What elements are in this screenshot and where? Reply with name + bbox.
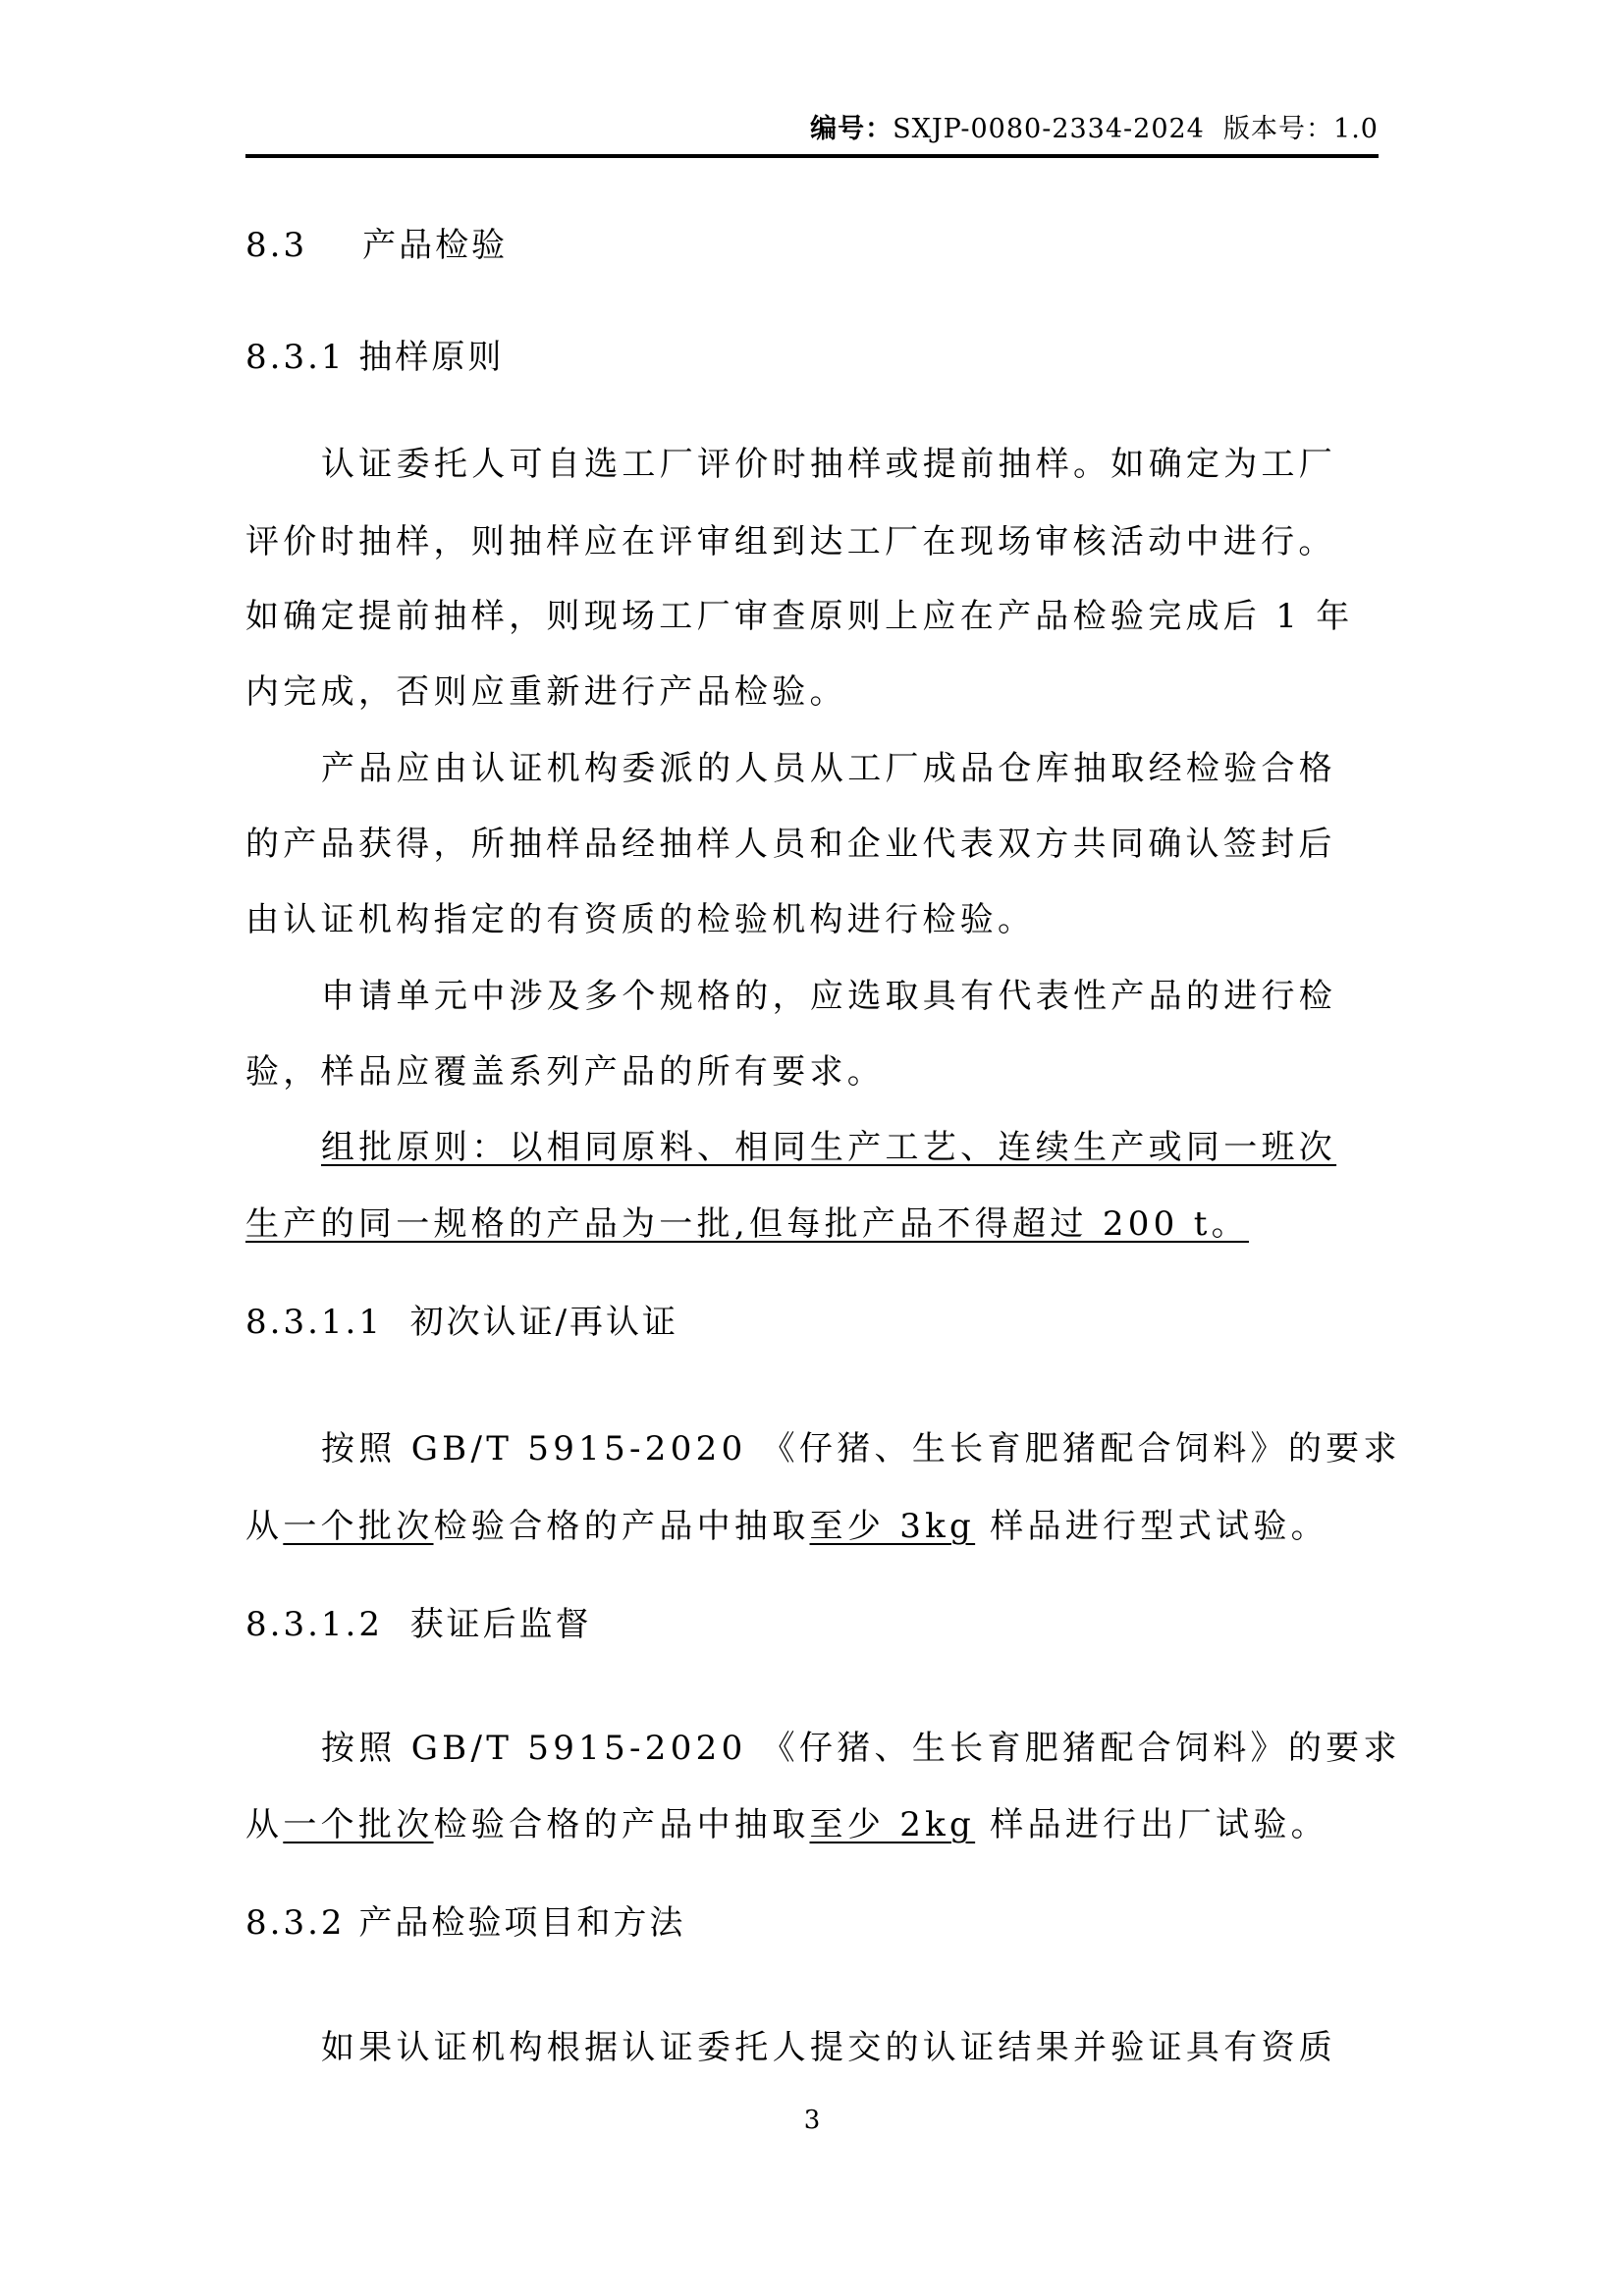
section-heading-8-3: 8.3产品检验 — [245, 224, 1384, 267]
section-title: 抽样原则 — [358, 338, 504, 377]
paragraph-line: 的产品获得，所抽样品经抽样人员和企业代表双方共同确认签封后 — [245, 823, 1384, 866]
doc-number-label: 编号： — [810, 114, 893, 144]
text-segment: 样品进行型式试验。 — [975, 1507, 1328, 1546]
paragraph-line: 从一个批次检验合格的产品中抽取至少 3kg 样品进行型式试验。 — [245, 1505, 1384, 1548]
section-heading-8-3-1-1: 8.3.1.1 初次认证/再认证 — [245, 1301, 1384, 1344]
paragraph-line: 由认证机构指定的有资质的检验机构进行检验。 — [245, 898, 1384, 941]
text-segment: 样品进行出厂试验。 — [975, 1805, 1328, 1844]
section-number: 8.3.1 — [245, 338, 346, 377]
paragraph-line: 评价时抽样，则抽样应在评审组到达工厂在现场审核活动中进行。 — [245, 520, 1384, 563]
text-segment: 检验合格的产品中抽取 — [434, 1805, 810, 1844]
section-heading-8-3-1-2: 8.3.1.2 获证后监督 — [245, 1603, 1384, 1646]
underlined-text: 至少 3kg — [810, 1507, 976, 1546]
section-title: 产品检验项目和方法 — [358, 1903, 685, 1943]
paragraph-line: 申请单元中涉及多个规格的，应选取具有代表性产品的进行检 — [321, 975, 1460, 1018]
section-heading-8-3-2: 8.3.2 产品检验项目和方法 — [245, 1901, 1384, 1945]
section-number: 8.3 — [245, 226, 307, 265]
underlined-text: 一个批次 — [283, 1507, 433, 1546]
paragraph-line: 如果认证机构根据认证委托人提交的认证结果并验证具有资质 — [321, 2026, 1460, 2069]
header-divider — [245, 154, 1379, 158]
paragraph-line: 产品应由认证机构委派的人员从工厂成品仓库抽取经检验合格 — [321, 747, 1460, 790]
section-number: 8.3.2 — [245, 1903, 346, 1943]
batch-principle-line: 生产的同一规格的产品为一批,但每批产品不得超过 200 t。 — [245, 1202, 1384, 1246]
version-label: 版本号： — [1223, 114, 1333, 144]
section-heading-8-3-1: 8.3.1 抽样原则 — [245, 336, 1384, 379]
paragraph-line: 认证委托人可自选工厂评价时抽样或提前抽样。如确定为工厂 — [321, 443, 1460, 486]
text-segment: 检验合格的产品中抽取 — [434, 1507, 810, 1546]
underlined-text: 至少 2kg — [810, 1805, 976, 1844]
paragraph-line: 按照 GB/T 5915-2020 《仔猪、生长育肥猪配合饲料》的要求 — [321, 1727, 1460, 1770]
section-title: 初次认证/再认证 — [410, 1303, 678, 1342]
paragraph-line: 验，样品应覆盖系列产品的所有要求。 — [245, 1050, 1384, 1094]
section-title: 产品检验 — [362, 226, 508, 265]
paragraph-line: 内完成，否则应重新进行产品检验。 — [245, 670, 1384, 714]
paragraph-line: 从一个批次检验合格的产品中抽取至少 2kg 样品进行出厂试验。 — [245, 1803, 1384, 1846]
underlined-text: 生产的同一规格的产品为一批,但每批产品不得超过 200 t。 — [245, 1204, 1249, 1244]
doc-number: SXJP-0080-2334-2024 — [893, 114, 1205, 144]
paragraph-line: 按照 GB/T 5915-2020 《仔猪、生长育肥猪配合饲料》的要求 — [321, 1427, 1460, 1470]
underlined-text: 一个批次 — [283, 1805, 433, 1844]
document-header: 编号：SXJP-0080-2334-2024 版本号：1.0 — [245, 110, 1379, 149]
page-number: 3 — [0, 2104, 1624, 2137]
text-segment: 从 — [245, 1507, 283, 1546]
underlined-text: 组批原则：以相同原料、相同生产工艺、连续生产或同一班次 — [321, 1128, 1336, 1167]
section-title: 获证后监督 — [410, 1605, 592, 1644]
version-value: 1.0 — [1333, 114, 1379, 144]
batch-principle-line: 组批原则：以相同原料、相同生产工艺、连续生产或同一班次 — [321, 1126, 1460, 1169]
section-number: 8.3.1.2 — [245, 1605, 383, 1644]
section-number: 8.3.1.1 — [245, 1303, 383, 1342]
paragraph-line: 如确定提前抽样，则现场工厂审查原则上应在产品检验完成后 1 年 — [245, 595, 1384, 638]
text-segment: 从 — [245, 1805, 283, 1844]
